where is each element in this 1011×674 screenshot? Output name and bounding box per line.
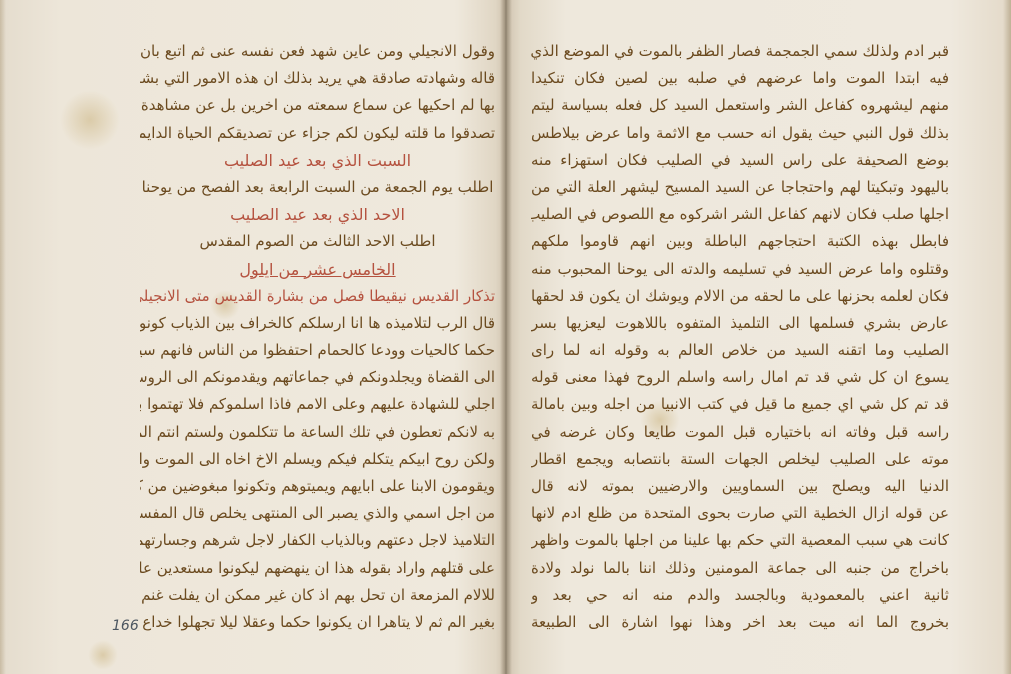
text-line: ولكن روح ابيكم يتكلم فيكم ويسلم الاخ اخا… (140, 446, 495, 473)
text-line: التلاميذ لاجل دعتهم وبالذياب الكفار لاجل… (140, 527, 495, 554)
text-line: كانت هي سبب المعصية التي حكم بها علينا م… (531, 527, 949, 554)
text-line: موته على الصليب ليخلص الجهات الستة بانتص… (531, 446, 949, 473)
text-line: اجلها صلب فكان لانهم كفاعل الشر اشركوه م… (531, 201, 949, 228)
text-line: قال الرب لتلاميذه ها انا ارسلكم كالخراف … (140, 310, 495, 337)
text-line: بوضع الصحيفة على راس السيد في الصليب فكا… (531, 147, 949, 174)
text-line: منهم ليشهروه كفاعل الشر واستعمل السيد كل… (531, 92, 949, 119)
text-line: بذلك قول النبي حيث يقول انه حسب مع الاثم… (531, 120, 949, 147)
text-line: من اجل اسمي والذي يصبر الى المنتهى يخلص … (140, 500, 495, 527)
text-line: بخروج الما انه ميت بعد اخر وهذا نهوا اشا… (531, 609, 949, 636)
text-line: ثانية اعني بالمعمودية وبالجسد والدم منه … (531, 582, 949, 609)
rubric-heading: السبت الذي بعد عيد الصليب (140, 147, 495, 174)
text-line: وقول الانجيلي ومن عاين شهد فعن نفسه عنى … (140, 38, 495, 65)
right-text-block: قبر ادم ولذلك سمي الجمجمة فصار الظفر بال… (531, 38, 949, 636)
text-line: حكما كالحيات وودعا كالحمام احتفظوا من ال… (140, 337, 495, 364)
text-line: قد تم كل شي اي جميع ما قيل في كتب الانبي… (531, 391, 949, 418)
text-line: فيه ابتدا الموت واما عرضهم في صلبه بين ل… (531, 65, 949, 92)
text-line: عارض بشري فسلمها الى التلميذ المتفوه بال… (531, 310, 949, 337)
text-line: ويقومون الابنا على ابايهم ويميتوهم وتكون… (140, 473, 495, 500)
text-line: على قتلهم واراد بقوله هذا ان ينهضهم ليكو… (140, 555, 495, 582)
text-line: تصدقوا ما قلته ليكون لكم جزاء عن تصديقكم… (140, 120, 495, 147)
left-text-block: وقول الانجيلي ومن عاين شهد فعن نفسه عنى … (140, 38, 495, 636)
text-line: راسه قبل وفاته انه باختياره قبل الموت طا… (531, 419, 949, 446)
text-line: قبر ادم ولذلك سمي الجمجمة فصار الظفر بال… (531, 38, 949, 65)
text-line: اطلب الاحد الثالث من الصوم المقدس (140, 228, 495, 255)
right-page: قبر ادم ولذلك سمي الجمجمة فصار الظفر بال… (506, 0, 1011, 674)
rubric-heading: الخامس عشر من ايلول (140, 256, 495, 283)
manuscript-spread: وقول الانجيلي ومن عاين شهد فعن نفسه عنى … (0, 0, 1011, 674)
text-line: يسوع ان كل شي قد تم امال راسه واسلم الرو… (531, 364, 949, 391)
text-line: فكان لعلمه بحزنها على ما لحقه من الالام … (531, 283, 949, 310)
text-line: الى القضاة ويجلدونكم في جماعاتهم ويقدمون… (140, 364, 495, 391)
text-line: بغير الم ثم لا يتاهرا ان يكونوا حكما وعق… (140, 609, 495, 636)
text-line: به لانكم تعطون في تلك الساعة ما تتكلمون … (140, 419, 495, 446)
text-line: عن قوله ازال الخطية التي صارت بحوى المتح… (531, 500, 949, 527)
text-line: وقتلوه واما عرض السيد في تسليمه والدته ا… (531, 256, 949, 283)
text-line: اجلي للشهادة عليهم وعلى الامم فاذا اسلمو… (140, 391, 495, 418)
text-line: الصليب وما اتقنه السيد من خلاص العالم به… (531, 337, 949, 364)
text-line: بها لم احكيها عن سماع سمعته من اخرين بل … (140, 92, 495, 119)
left-page: وقول الانجيلي ومن عاين شهد فعن نفسه عنى … (0, 0, 505, 674)
text-line: اطلب يوم الجمعة من السبت الرابعة بعد الف… (140, 174, 495, 201)
rubric-heading: الاحد الذي بعد عيد الصليب (140, 201, 495, 228)
folio-number: 166 (112, 618, 139, 634)
text-line: فابطل بهذه الكتبة احتجاجهم الباطلة وبين … (531, 228, 949, 255)
text-line-with-rubric: تذكار القديس نيقيطا فصل من بشارة القديس … (140, 283, 495, 310)
text-line: قاله وشهادته صادقة هي يريد بذلك ان هذه ا… (140, 65, 495, 92)
text-line: الدنيا اليه ويصلح بين السماويين والارضيي… (531, 473, 949, 500)
text-line: باليهود وتبكيتا لهم واحتجاجا عن السيد ال… (531, 174, 949, 201)
text-line: للالام المزمعة ان تحل بهم اذ كان غير ممك… (140, 582, 495, 609)
text-line: باخراج من جنبه الى جماعة المومنين وذلك ا… (531, 555, 949, 582)
